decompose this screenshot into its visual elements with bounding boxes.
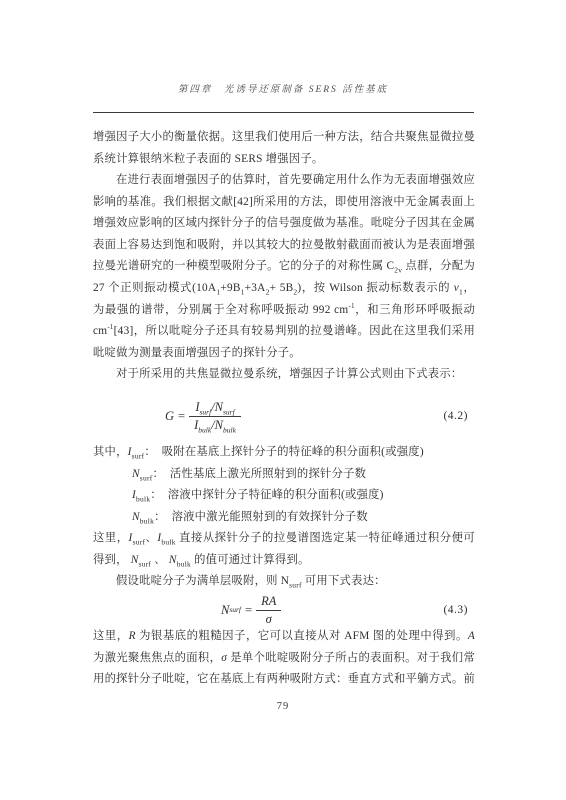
subscript: surf bbox=[139, 559, 152, 568]
text-segment: ： 活性基底上激光所照射到的探针分子数 bbox=[152, 468, 366, 480]
text-segment: 为激光聚焦焦点的面积， bbox=[93, 652, 221, 664]
paragraph-block-3: 这里，R 为银基底的粗糙因子，它可以直接从对 AFM 图的处理中得到。A 为激光… bbox=[93, 626, 475, 691]
var-N: N bbox=[215, 418, 223, 432]
text-segment: 、 bbox=[151, 554, 169, 566]
text-segment: cm bbox=[93, 325, 107, 337]
text-segment: 拉曼光谱研究的一种模型吸附分子。它的分子的对称性属 C bbox=[93, 260, 394, 272]
text-segment: 、 bbox=[145, 532, 157, 544]
equation-4-3: Nsurf = RA σ (4.3) bbox=[93, 594, 475, 626]
text-segment: ： 溶液中激光能照射到的有效探针分子数 bbox=[154, 511, 368, 523]
definition-line: 其中，Isurf： 吸附在基底上探针分子的特征峰的积分面积(或强度) bbox=[93, 442, 475, 464]
definition-line: Ibulk： 溶液中探针分子特征峰的积分面积(或强度) bbox=[93, 485, 475, 507]
text-line: 为最强的谱带，分别属于全对称呼吸振动 992 cm-1，和三角形环呼吸振动 10… bbox=[93, 300, 475, 322]
text-line: 为激光聚焦焦点的面积，σ 是单个吡啶吸附分子所占的表面积。对于我们常 bbox=[93, 648, 475, 670]
text-line: 用的探针分子吡啶，它在基底上有两种吸附方式：垂直方式和平躺方式。前 bbox=[93, 669, 475, 691]
var-N-surf: N bbox=[132, 468, 140, 480]
text-segment: +9B bbox=[220, 282, 240, 294]
definition-line: Nbulk： 溶液中激光能照射到的有效探针分子数 bbox=[93, 507, 475, 529]
fraction: RA σ bbox=[256, 594, 281, 627]
text-segment: )，按 Wilson 振动标数表示的 bbox=[297, 282, 453, 294]
equation-number: (4.3) bbox=[443, 604, 475, 616]
fraction-denominator: Ibulk/Nbulk bbox=[189, 417, 241, 433]
subscript: surf bbox=[200, 407, 212, 416]
equation-number: (4.2) bbox=[443, 410, 475, 422]
var-N: N bbox=[221, 603, 229, 618]
text-segment: ： 溶液中探针分子特征峰的积分面积(或强度) bbox=[150, 489, 383, 501]
subscript: surf bbox=[132, 451, 145, 460]
equation-4-3-body: Nsurf = RA σ bbox=[221, 594, 281, 627]
text-segment: 得到， bbox=[93, 554, 131, 566]
text-segment: 为最强的谱带，分别属于全对称呼吸振动 992 cm bbox=[93, 304, 348, 316]
running-header: 第四章 光诱导还原制备 SERS 活性基底 bbox=[0, 83, 566, 97]
text-segment: 27 个正则振动模式(10A bbox=[93, 282, 216, 294]
paragraph-block-1: 增强因子大小的衡量依据。这里我们使用后一种方法，结合共聚焦显微拉曼 系统计算银纳… bbox=[93, 127, 475, 386]
paragraph-block-2: 其中，Isurf： 吸附在基底上探针分子的特征峰的积分面积(或强度) Nsurf… bbox=[93, 442, 475, 593]
chapter-header-text: 第四章 光诱导还原制备 SERS 活性基底 bbox=[178, 85, 388, 95]
var-R: R bbox=[129, 630, 136, 642]
fraction-numerator: RA bbox=[256, 594, 281, 611]
text-line: 这里，Isurf、Ibulk 直接从探针分子的拉曼谱图选定某一特征峰通过积分便可… bbox=[93, 528, 475, 550]
text-segment: 其中， bbox=[93, 446, 128, 458]
subscript: surf bbox=[289, 581, 302, 590]
text-segment: +3A bbox=[245, 282, 266, 294]
text-segment: 的值可通过计算得到。 bbox=[191, 554, 310, 566]
text-segment: ： 吸附在基底上探针分子的特征峰的积分面积(或强度) bbox=[144, 446, 424, 458]
fraction-denominator: σ bbox=[256, 611, 281, 627]
subscript: surf bbox=[133, 538, 146, 547]
text-line: 在进行表面增强因子的估算时，首先要确定用什么作为无表面增强效应 bbox=[93, 170, 475, 192]
text-segment: 这里， bbox=[93, 630, 129, 642]
text-line: 增强效应影响的区域内探针分子的信号强度做为基准。吡啶分子因其在金属 bbox=[93, 213, 475, 235]
definition-line: Nsurf： 活性基底上激光所照射到的探针分子数 bbox=[93, 464, 475, 486]
text-segment: 点群，分配为 bbox=[402, 260, 475, 272]
var-G: G bbox=[165, 409, 174, 424]
subscript: bulk bbox=[161, 538, 175, 547]
fraction: Isurf/Nsurf Ibulk/Nbulk bbox=[189, 400, 241, 433]
text-segment: + 5B bbox=[270, 282, 294, 294]
equation-4-2: G = Isurf/Nsurf Ibulk/Nbulk (4.2) bbox=[93, 390, 475, 442]
text-line: 吡啶做为测量表面增强因子的探针分子。 bbox=[93, 343, 475, 365]
thesis-page: 第四章 光诱导还原制备 SERS 活性基底 增强因子大小的衡量依据。这里我们使用… bbox=[0, 0, 566, 800]
subscript: surf bbox=[223, 407, 235, 416]
text-segment: 假设吡啶分子为满单层吸附，则 N bbox=[116, 575, 289, 587]
text-segment: [43]，所以吡啶分子还具有较易判别的拉曼谱峰。因此在这里我们采用 bbox=[114, 325, 475, 337]
text-segment: 为银基底的粗糙因子，它可以直接从对 AFM 图的处理中得到。 bbox=[136, 630, 468, 642]
page-number: 79 bbox=[0, 701, 566, 712]
text-segment: 是单个吡啶吸附分子所占的表面积。对于我们常 bbox=[227, 652, 475, 664]
var-N-bulk: N bbox=[132, 511, 140, 523]
subscript: bulk bbox=[198, 425, 211, 434]
var-N-bulk: N bbox=[169, 554, 177, 566]
text-line: 表面上容易达到饱和吸附，并以其较大的拉曼散射截面而被认为是表面增强 bbox=[93, 235, 475, 257]
text-segment: ， bbox=[463, 282, 475, 294]
var-N-surf: N bbox=[131, 554, 139, 566]
text-line: 系统计算银纳米粒子表面的 SERS 增强因子。 bbox=[93, 149, 475, 171]
text-segment: 可用下式表达： bbox=[302, 575, 386, 587]
subscript: surf bbox=[140, 473, 153, 482]
text-line: 27 个正则振动模式(10A1+9B1+3A2+ 5B2)，按 Wilson 振… bbox=[93, 278, 475, 300]
subscript: bulk bbox=[177, 559, 191, 568]
text-line: 影响的基准。我们根据文献[42]所采用的方法，即使用溶液中无金属表面上 bbox=[93, 192, 475, 214]
equals-sign: = bbox=[241, 603, 256, 618]
equals-sign: = bbox=[174, 409, 189, 424]
text-line: 这里，R 为银基底的粗糙因子，它可以直接从对 AFM 图的处理中得到。A bbox=[93, 626, 475, 648]
subscript: bulk bbox=[136, 494, 150, 503]
text-line: 得到， Nsurf 、 Nbulk 的值可通过计算得到。 bbox=[93, 550, 475, 572]
text-line: 拉曼光谱研究的一种模型吸附分子。它的分子的对称性属 C2v 点群，分配为 bbox=[93, 256, 475, 278]
text-line: 对于所采用的共焦显微拉曼系统，增强因子计算公式则由下式表示： bbox=[93, 364, 475, 386]
var-A: A bbox=[468, 630, 475, 642]
subscript: bulk bbox=[223, 425, 236, 434]
text-line: 增强因子大小的衡量依据。这里我们使用后一种方法，结合共聚焦显微拉曼 bbox=[93, 127, 475, 149]
text-line: 假设吡啶分子为满单层吸附，则 Nsurf 可用下式表达： bbox=[93, 571, 475, 593]
subscript: bulk bbox=[140, 516, 154, 525]
fraction-numerator: Isurf/Nsurf bbox=[189, 400, 241, 417]
var-N: N bbox=[215, 400, 223, 414]
text-line: cm-1[43]，所以吡啶分子还具有较易判别的拉曼谱峰。因此在这里我们采用 bbox=[93, 321, 475, 343]
equation-4-2-body: G = Isurf/Nsurf Ibulk/Nbulk bbox=[165, 400, 241, 433]
header-rule bbox=[93, 112, 474, 113]
text-segment: 这里， bbox=[93, 532, 129, 544]
